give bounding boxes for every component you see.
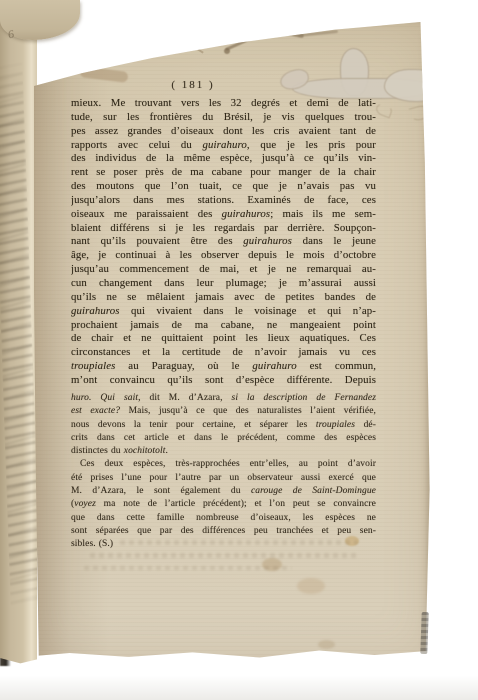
- margin-mark: [374, 102, 393, 119]
- text-line: prochaient jamais de ma cabane, ne mange…: [71, 319, 376, 333]
- text-line: huro. Qui sait, dit M. d’Azara, si la de…: [71, 392, 376, 405]
- text-line: nant qu’ils pouvaient être des guirahuro…: [71, 235, 376, 249]
- text-line: crits dans cet article et dans le précéd…: [71, 432, 376, 445]
- text-line: des individus de la même espèce, jusqu’à…: [71, 152, 376, 166]
- text-line: circonstances et la certitude de n’avoir…: [71, 346, 376, 360]
- show-through-text: [90, 553, 358, 558]
- text-line: mieux. Me trouvant vers les 32 degrés et…: [71, 97, 376, 111]
- water-stain-branch: [256, 26, 304, 38]
- book-photograph: { "colors": { "paper": "#d5c8af", "ink":…: [0, 0, 478, 700]
- text-line: distinctes du xochitotolt.: [71, 445, 376, 458]
- text-line: qu’ils ne se mêlaient jamais avec de pet…: [71, 291, 376, 305]
- text-line: oiseaux me paraissaient des guirahuros; …: [71, 208, 376, 222]
- text-line: que dans cette famille nombreuse d’oisea…: [71, 512, 376, 525]
- water-stain-dot: [224, 48, 230, 54]
- text-line: âge, je continuai à les observer depuis …: [71, 249, 376, 263]
- text-line: sont séparées que par des différences pe…: [71, 525, 376, 538]
- foxing-spot: [318, 640, 335, 649]
- water-stain-branch: [225, 32, 263, 51]
- text-line: guirahuros qui vivaient dans le voisinag…: [71, 305, 376, 319]
- text-line: jusqu’alors dans mes stations. Examinés …: [71, 194, 376, 208]
- previous-page-edge: [0, 0, 37, 664]
- show-through-text: [84, 566, 292, 570]
- page-edges-stack: [420, 612, 428, 654]
- text-line: rapports avec celui du guirahuro, que je…: [71, 139, 376, 153]
- text-line: est exacte? Mais, jusqu’à ce que des nat…: [71, 405, 376, 418]
- text-line: de chair et ne quittaient point les lieu…: [71, 332, 376, 346]
- text-line: des moutons que l’on tuait, ce que je n’…: [71, 180, 376, 194]
- text-line: blaient différens si je les regardais pa…: [71, 222, 376, 236]
- text-line: troupiales au Paraguay, où le guirahuro …: [71, 360, 376, 374]
- text-line: m’ont convaincu qu’ils sont d’espèce dif…: [71, 374, 376, 388]
- foxing-spot: [262, 558, 282, 571]
- text-line: jusqu’au commencement de mai, et je ne r…: [71, 263, 376, 277]
- text-line: rent se poser près de ma cabane pour man…: [71, 166, 376, 180]
- text-line: nous devons la tenir pour certaine, et s…: [71, 419, 376, 432]
- text-line: tude, sur les frontières du Brésil, je v…: [71, 111, 376, 125]
- text-line: (voyez ma note de l’article précédent); …: [71, 498, 376, 511]
- body-text: mieux. Me trouvant vers les 32 degrés et…: [71, 97, 376, 388]
- text-line: M. d’Azara, le sont également du carouge…: [71, 485, 376, 498]
- text-line: été prises l’une pour l’autre par un obs…: [71, 472, 376, 485]
- margin-mark: [409, 104, 432, 123]
- large-water-stain: [384, 69, 444, 102]
- scratch-mark: [154, 20, 203, 53]
- water-stain-branch: [298, 30, 338, 37]
- text-line: cun changement dans leur plumage; je m’a…: [71, 277, 376, 291]
- text-line: Ces deux espèces, très-rapprochées entr’…: [71, 458, 376, 471]
- footnote-text: huro. Qui sait, dit M. d’Azara, si la de…: [71, 392, 376, 552]
- text-line: pes assez grandes d’oiseaux dont les cri…: [71, 125, 376, 139]
- text-line: sibles. (S.): [71, 538, 376, 551]
- foxing-spot: [297, 578, 325, 594]
- page-number: ( 181 ): [72, 79, 372, 91]
